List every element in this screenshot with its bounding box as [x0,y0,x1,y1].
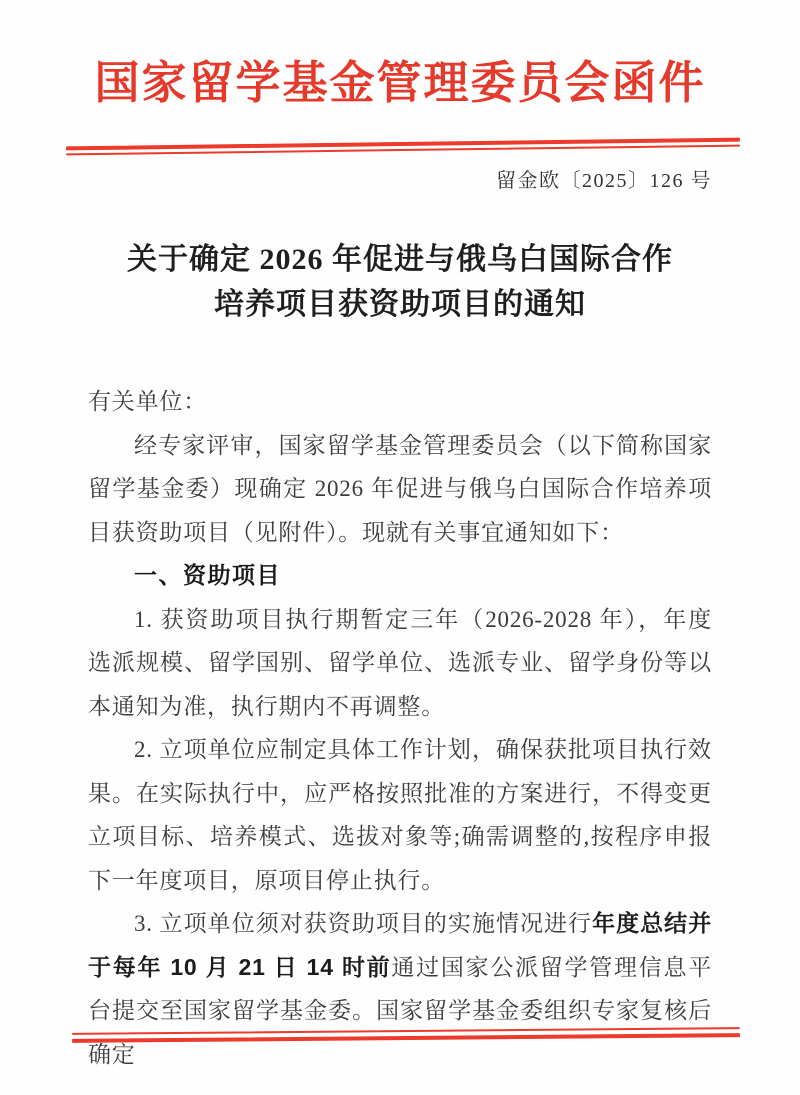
notice-title-line-2: 培养项目获资助项目的通知 [90,282,710,327]
section-1-heading: 一、资助项目 [88,554,712,598]
notice-title: 关于确定 2026 年促进与俄乌白国际合作 培养项目获资助项目的通知 [90,237,710,327]
item-1-paragraph: 1. 获资助项目执行期暂定三年（2026-2028 年），年度选派规模、留学国别… [88,598,712,729]
item-3-segment-normal: 3. 立项单位须对获资助项目的实施情况进行 [134,911,592,936]
item-3-paragraph: 3. 立项单位须对获资助项目的实施情况进行年度总结并于每年 10 月 21 日 … [88,902,712,1076]
salutation: 有关单位： [88,380,712,424]
header-double-rule [66,138,740,156]
document-page: 国家留学基金管理委员会函件 留金欧〔2025〕126 号 关于确定 2026 年… [0,0,800,1095]
document-number: 留金欧〔2025〕126 号 [496,164,712,193]
notice-title-line-1: 关于确定 2026 年促进与俄乌白国际合作 [90,237,710,282]
item-2-paragraph: 2. 立项单位应制定具体工作计划，确保获批项目执行效果。在实际执行中，应严格按照… [88,728,712,902]
letterhead-title: 国家留学基金管理委员会函件 [80,46,720,111]
letter-body: 有关单位： 经专家评审，国家留学基金管理委员会（以下简称国家留学基金委）现确定 … [88,380,712,1076]
intro-paragraph: 经专家评审，国家留学基金管理委员会（以下简称国家留学基金委）现确定 2026 年… [88,424,712,555]
